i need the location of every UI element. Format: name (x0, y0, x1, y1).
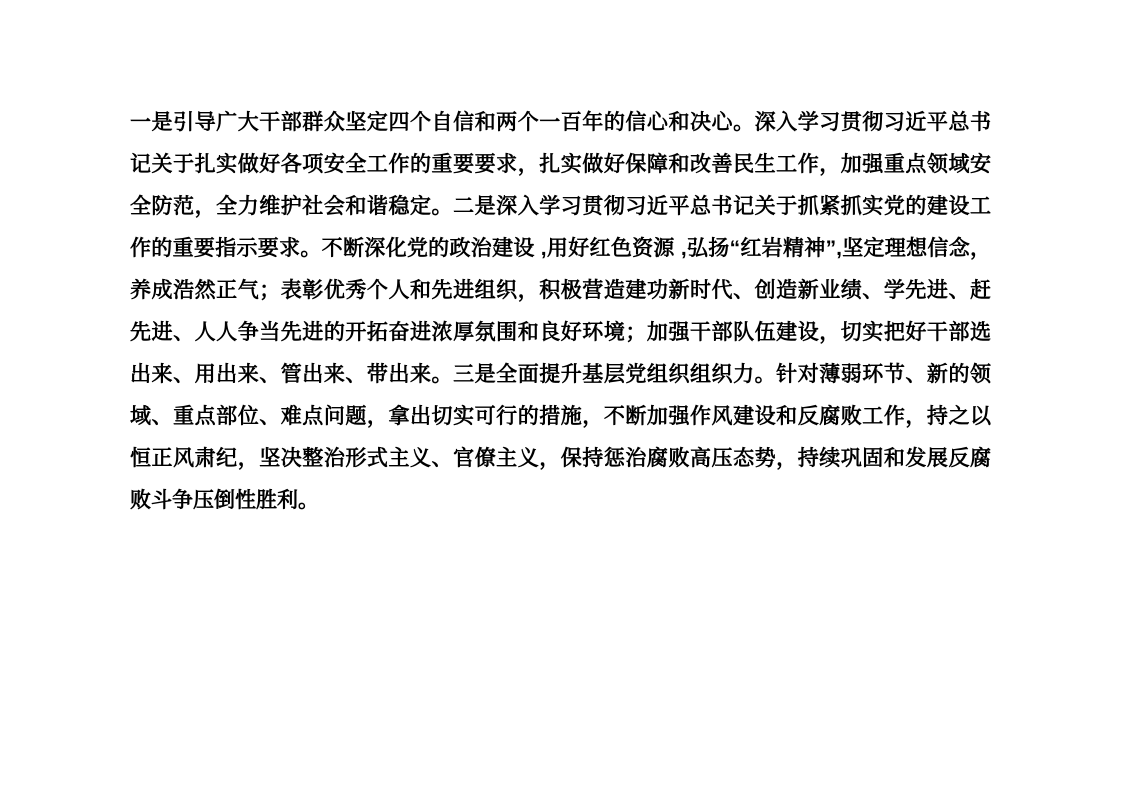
paragraph-line: 域、重点部位、难点问题，拿出切实可行的措施，不断加强作风建设和反腐败工作，持之以 (130, 396, 991, 438)
paragraph-line: 一是引导广大干部群众坚定四个自信和两个一百年的信心和决心。深入学习贯彻习近平总书 (130, 102, 991, 144)
paragraph-line: 败斗争压倒性胜利。 (130, 480, 991, 522)
body-paragraph: 一是引导广大干部群众坚定四个自信和两个一百年的信心和决心。深入学习贯彻习近平总书… (130, 102, 991, 522)
paragraph-line: 记关于扎实做好各项安全工作的重要要求，扎实做好保障和改善民生工作，加强重点领域安 (130, 144, 991, 186)
paragraph-line: 全防范，全力维护社会和谐稳定。二是深入学习贯彻习近平总书记关于抓紧抓实党的建设工 (130, 186, 991, 228)
paragraph-line: 出来、用出来、管出来、带出来。三是全面提升基层党组织组织力。针对薄弱环节、新的领 (130, 354, 991, 396)
document-page: 一是引导广大干部群众坚定四个自信和两个一百年的信心和决心。深入学习贯彻习近平总书… (0, 0, 1122, 793)
paragraph-line: 作的重要指示要求。不断深化党的政治建设 ,用好红色资源 ,弘扬“红岩精神”,坚定… (130, 228, 991, 270)
paragraph-line: 养成浩然正气；表彰优秀个人和先进组织，积极营造建功新时代、创造新业绩、学先进、赶 (130, 270, 991, 312)
paragraph-line: 恒正风肃纪，坚决整治形式主义、官僚主义，保持惩治腐败高压态势，持续巩固和发展反腐 (130, 438, 991, 480)
paragraph-line: 先进、人人争当先进的开拓奋进浓厚氛围和良好环境；加强干部队伍建设，切实把好干部选 (130, 312, 991, 354)
